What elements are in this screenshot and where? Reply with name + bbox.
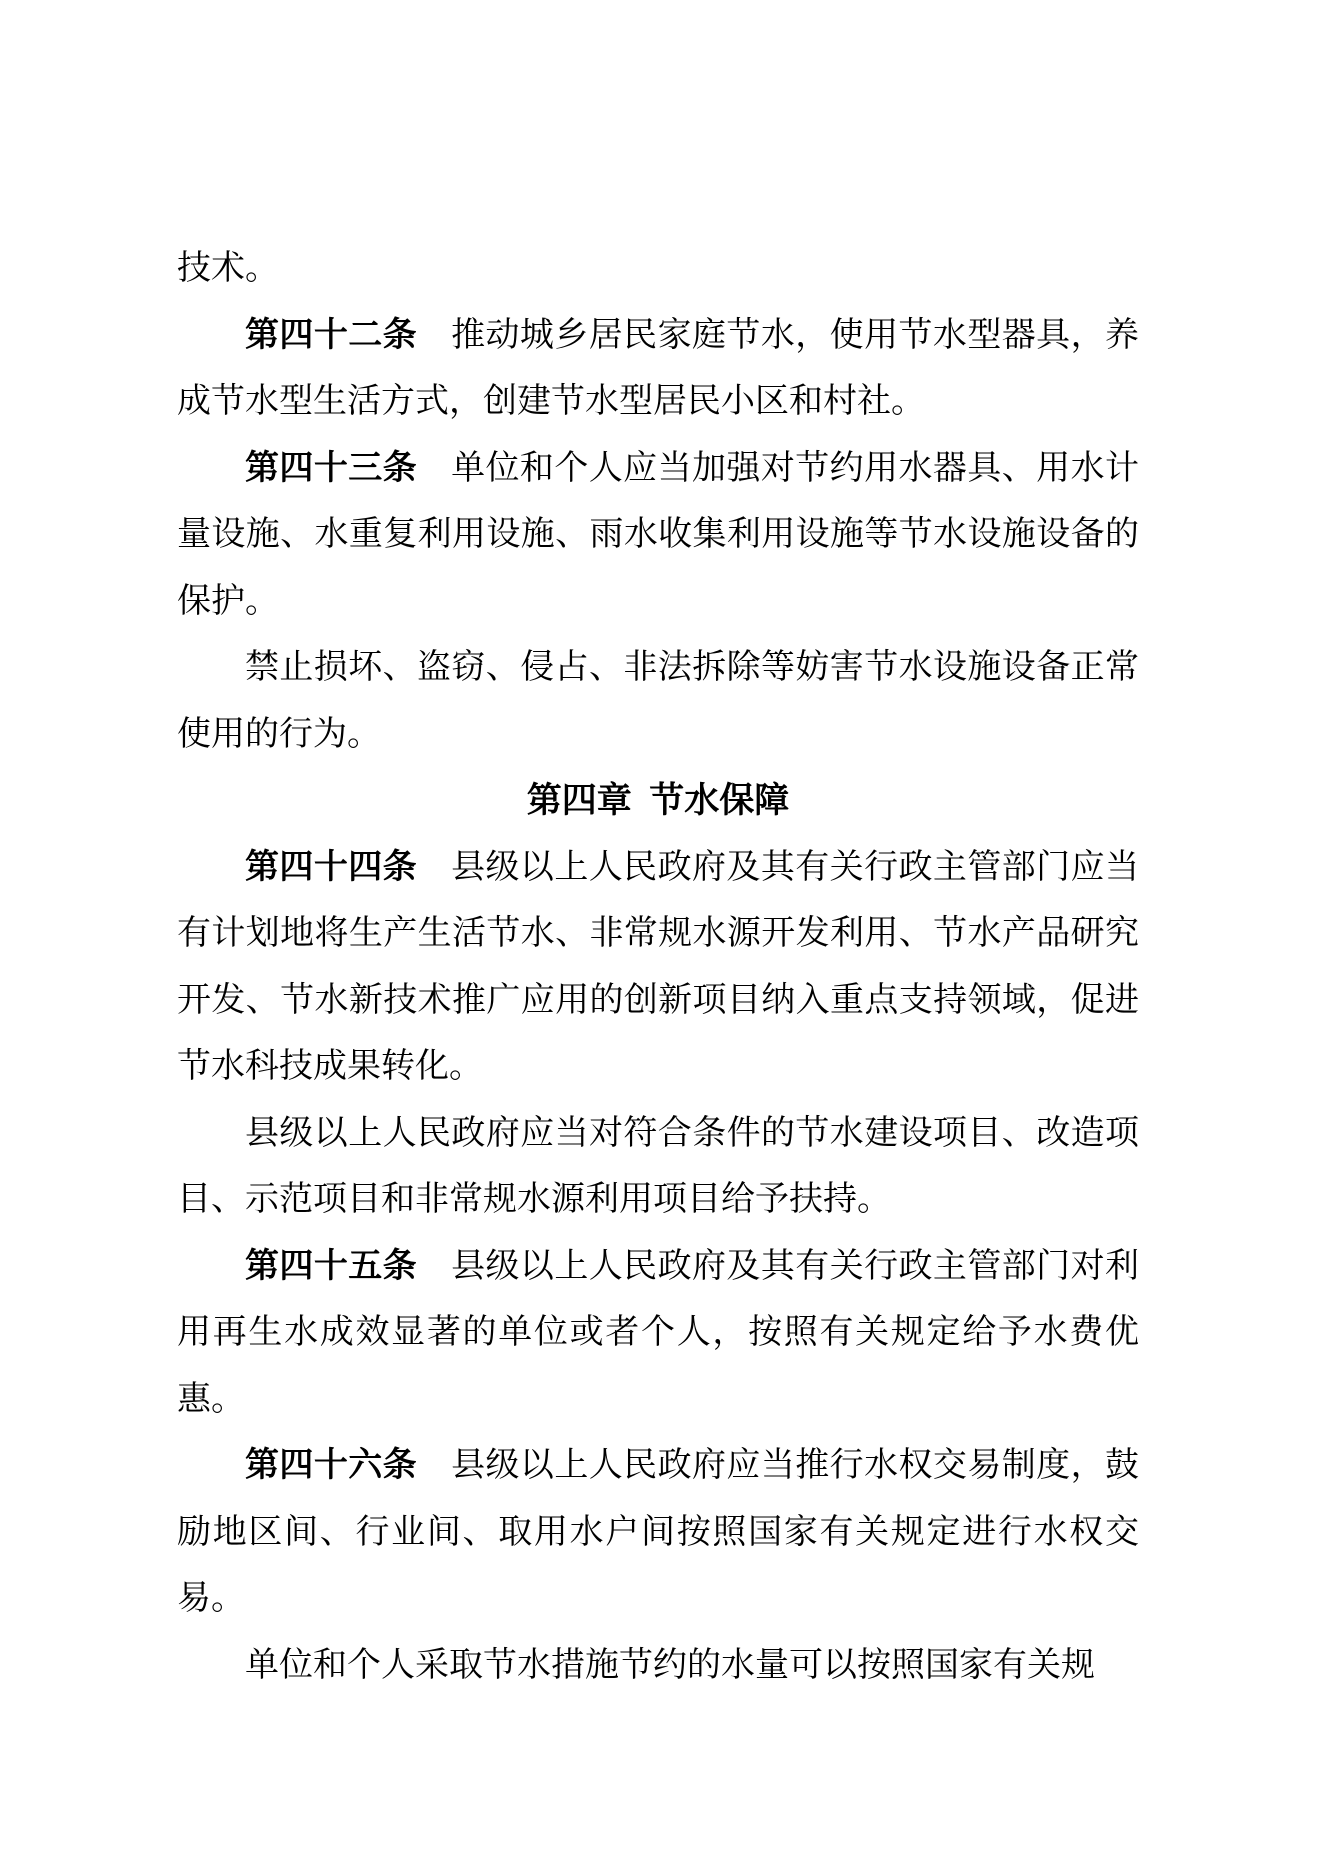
paragraph-article-45: 第四十五条县级以上人民政府及其有关行政主管部门对利用再生水成效显著的单位或者个人… [177,1234,1139,1434]
chapter-heading: 第四章节水保障 [177,768,1139,835]
document-body: 技术。 第四十二条推动城乡居民家庭节水，使用节水型器具，养成节水型生活方式，创建… [177,236,1139,1699]
paragraph-article-43: 第四十三条单位和个人应当加强对节约用水器具、用水计量设施、水重复利用设施、雨水收… [177,436,1139,636]
document-page: 技术。 第四十二条推动城乡居民家庭节水，使用节水型器具，养成节水型生活方式，创建… [0,0,1323,1871]
chapter-title: 节水保障 [649,781,789,820]
article-43-number: 第四十三条 [245,450,417,487]
article-42-number: 第四十二条 [245,317,417,354]
paragraph-water-saving-volume: 单位和个人采取节水措施节约的水量可以按照国家有关规 [177,1633,1139,1700]
paragraph-article-42: 第四十二条推动城乡居民家庭节水，使用节水型器具，养成节水型生活方式，创建节水型居… [177,303,1139,436]
paragraph-continuation: 技术。 [177,236,1139,303]
article-45-number: 第四十五条 [245,1248,417,1285]
article-44-number: 第四十四条 [245,849,417,886]
paragraph-prohibition: 禁止损坏、盗窃、侵占、非法拆除等妨害节水设施设备正常使用的行为。 [177,635,1139,768]
paragraph-article-46: 第四十六条县级以上人民政府应当推行水权交易制度，鼓励地区间、行业间、取用水户间按… [177,1433,1139,1633]
paragraph-support: 县级以上人民政府应当对符合条件的节水建设项目、改造项目、示范项目和非常规水源利用… [177,1101,1139,1234]
chapter-label: 第四章 [527,781,632,820]
article-46-number: 第四十六条 [245,1447,417,1484]
paragraph-article-44: 第四十四条县级以上人民政府及其有关行政主管部门应当有计划地将生产生活节水、非常规… [177,835,1139,1101]
